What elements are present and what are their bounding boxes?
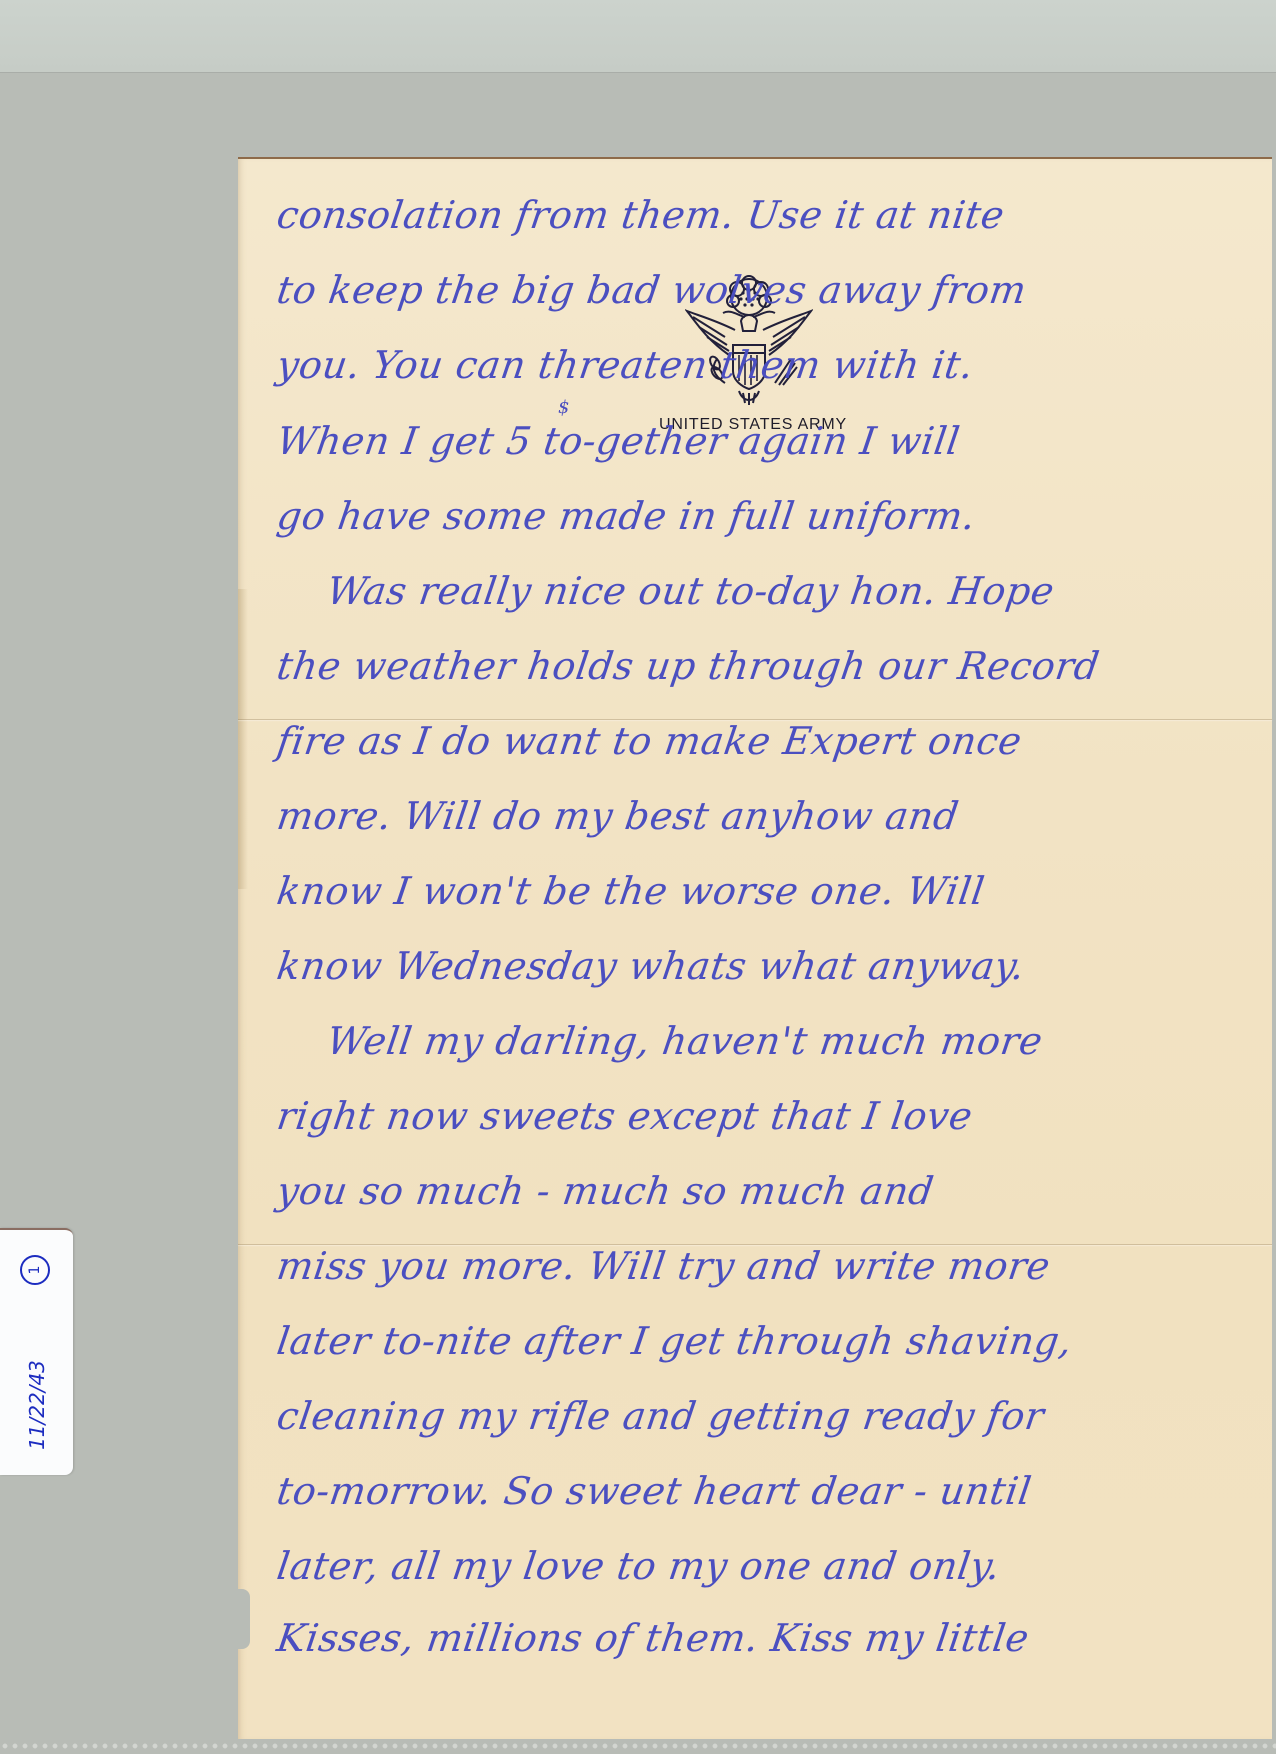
paper-edge-wear	[238, 589, 248, 889]
scanner-top-band	[0, 0, 1276, 73]
paper-tear	[236, 1589, 250, 1649]
handwritten-line: more. Will do my best anyhow and	[274, 792, 1249, 840]
handwritten-line: cleaning my rifle and getting ready for	[274, 1392, 1249, 1440]
handwritten-line: later, all my love to my one and only.	[274, 1542, 1249, 1590]
margin-dollar-mark: $	[558, 397, 569, 418]
archive-date: 11/22/43	[25, 1360, 49, 1450]
handwritten-line: you. You can threaten them with it.	[274, 341, 1249, 389]
handwritten-line: later to-nite after I get through shavin…	[274, 1317, 1249, 1365]
handwritten-line: you so much - much so much and	[274, 1167, 1249, 1215]
handwritten-line: Well my darling, haven't much more	[324, 1017, 1249, 1065]
handwritten-line: go have some made in full uniform.	[274, 492, 1249, 540]
handwritten-line: know Wednesday whats what anyway.	[274, 942, 1249, 990]
handwritten-line: to-morrow. So sweet heart dear - until	[274, 1467, 1249, 1515]
handwritten-line: right now sweets except that I love	[274, 1092, 1249, 1140]
handwritten-line: consolation from them. Use it at nite	[274, 191, 1249, 239]
handwritten-line: Kisses, millions of them. Kiss my little	[274, 1614, 1249, 1662]
handwritten-line: When I get 5 to-gether again I will	[274, 417, 1249, 465]
circled-number-mark: 1	[20, 1255, 50, 1285]
handwritten-line: know I won't be the worse one. Will	[274, 867, 1249, 915]
sleeve-perforation	[0, 1742, 1276, 1750]
letter-page: UNITED STATES ARMY $ consolation from th…	[238, 157, 1272, 1739]
handwritten-line: to keep the big bad wolves away from	[274, 266, 1249, 314]
handwritten-line: miss you more. Will try and write more	[274, 1242, 1249, 1290]
archive-label-card: 1 11/22/43	[0, 1228, 73, 1475]
handwritten-line: the weather holds up through our Record	[274, 642, 1249, 690]
handwritten-line: Was really nice out to-day hon. Hope	[324, 567, 1249, 615]
handwritten-line: fire as I do want to make Expert once	[274, 717, 1249, 765]
